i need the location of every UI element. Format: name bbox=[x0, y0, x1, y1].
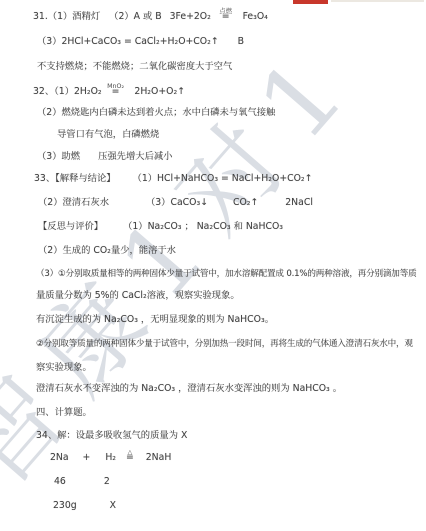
reflection-3-step1b: 量质量分数为 5%的 CaCl₂溶液，观察实验现象。 bbox=[36, 290, 240, 302]
molar-mass-h2: 2 bbox=[104, 476, 110, 488]
answer-33-1-equation: （1）HCl+NaHCO₃ = NaCl+H₂O+CO₂↑ bbox=[133, 173, 313, 185]
answer-31-line3: 不支持燃烧；不能燃烧；二氧化碳密度大于空气 bbox=[37, 61, 232, 73]
equation-34-equals: △ = bbox=[124, 452, 136, 464]
answer-31-2: （2）A 或 B bbox=[109, 11, 161, 23]
answer-32-line3: 导管口有气泡，白磷燃烧 bbox=[57, 129, 159, 141]
answer-32-line1: 32、（1）2H₂O₂ MnO₂ = 2H₂O+O₂↑ bbox=[33, 86, 185, 98]
answer-34-equation: 2Na + H₂ △ = 2NaH bbox=[50, 452, 171, 464]
top-edge-line bbox=[331, 0, 424, 2]
answer-32-3b: 压强先增大后减小 bbox=[98, 151, 172, 163]
equation-31-condition: 点燃 bbox=[219, 8, 232, 15]
answer-32-2b: 导管口有气泡，白磷燃烧 bbox=[57, 129, 159, 141]
reflection-3-conclusion2: 澄清石灰水不变浑浊的为 Na₂CO₃ ，澄清石灰水变浑浊的则为 NaHCO₃ 。 bbox=[36, 383, 342, 395]
answer-31-1: 31.（1）酒精灯 bbox=[33, 11, 100, 23]
reflection-header: 【反思与评价】 bbox=[38, 221, 103, 233]
answer-33-line3: 【反思与评价】 （1）Na₂CO₃ ； Na₂CO₃ 和 NaHCO₃ bbox=[38, 221, 283, 233]
document-page: 智康1对1 31.（1）酒精灯 （2）A 或 B 3Fe+2O₂ 点燃 = Fe… bbox=[0, 0, 426, 531]
answer-34-molar-row: 46 2 bbox=[54, 476, 110, 488]
equation-34-h2: H₂ bbox=[105, 452, 116, 464]
answer-32-line4: （3）助燃 压强先增大后减小 bbox=[37, 151, 172, 163]
answer-33-line6: 量质量分数为 5%的 CaCl₂溶液，观察实验现象。 bbox=[36, 290, 240, 302]
answer-33-line7: 有沉淀生成的为 Na₂CO₃ ，无明显现象的则为 NaHCO₃。 bbox=[36, 314, 274, 326]
equation-31-left: 3Fe+2O₂ bbox=[170, 11, 211, 23]
equation-32-right: 2H₂O+O₂↑ bbox=[134, 86, 185, 98]
answer-31-line2: （3）2HCl+CaCO₃ = CaCl₂+H₂O+CO₂↑ B bbox=[37, 36, 244, 48]
answer-33-line5: （3）①分别取质量相等的两种固体少量于试管中，加水溶解配置成 0.1%的两种溶液… bbox=[36, 268, 416, 280]
answer-33-3-nacl: 2NaCl bbox=[285, 197, 313, 209]
answer-32-3a: （3）助燃 bbox=[37, 151, 80, 163]
answer-33-line9: 察实验现象。 bbox=[36, 362, 92, 374]
section-title-text: 四、计算题。 bbox=[36, 407, 92, 419]
unknown-x: X bbox=[110, 500, 116, 512]
answer-31-explanation: 不支持燃烧；不能燃烧；二氧化碳密度大于空气 bbox=[37, 61, 232, 73]
equation-32-condition: MnO₂ bbox=[107, 83, 124, 90]
answer-33-3-label: （3）CaCO₃↓ bbox=[146, 197, 208, 209]
answer-31-3-equation: （3）2HCl+CaCO₃ = CaCl₂+H₂O+CO₂↑ bbox=[37, 36, 219, 48]
answer-32-1-left: 32、（1）2H₂O₂ bbox=[33, 86, 102, 98]
molar-mass-na: 46 bbox=[54, 476, 66, 488]
equation-34-nah: 2NaH bbox=[146, 452, 172, 464]
answer-31-3-choice: B bbox=[238, 36, 244, 48]
equation-34-na: 2Na bbox=[50, 452, 69, 464]
reflection-3-step2: ②分别取等质量的两种固体少量于试管中，分别加热一段时间，再将生成的气体通入澄清石… bbox=[36, 338, 413, 350]
answer-33-line10: 澄清石灰水不变浑浊的为 Na₂CO₃ ，澄清石灰水变浑浊的则为 NaHCO₃ 。 bbox=[36, 383, 342, 395]
equation-32-equals: MnO₂ = bbox=[110, 86, 122, 98]
reflection-2: （2）生成的 CO₂量少，能溶于水 bbox=[38, 245, 176, 257]
answer-33-line1: 33、【解释与结论】 （1）HCl+NaHCO₃ = NaCl+H₂O+CO₂↑ bbox=[34, 173, 312, 185]
equation-31-right: Fe₃O₄ bbox=[243, 11, 268, 23]
answer-33-2: （2）澄清石灰水 bbox=[38, 197, 109, 209]
answer-33-3-co2: CO₂↑ bbox=[233, 197, 258, 209]
section-4-title: 四、计算题。 bbox=[36, 407, 92, 419]
answer-34-mass-row: 230g X bbox=[53, 500, 116, 512]
answer-34-line1: 34、解：设最多吸收氢气的质量为 X bbox=[36, 430, 187, 442]
reflection-1: （1）Na₂CO₃ ； Na₂CO₃ 和 NaHCO₃ bbox=[123, 221, 283, 233]
answer-32-2: （2）燃烧匙内白磷未达到着火点；水中白磷未与氧气接触 bbox=[37, 107, 275, 119]
answer-31-line1: 31.（1）酒精灯 （2）A 或 B 3Fe+2O₂ 点燃 = Fe₃O₄ bbox=[33, 11, 268, 23]
reflection-3-step2b: 察实验现象。 bbox=[36, 362, 92, 374]
answer-33-header: 33、【解释与结论】 bbox=[34, 173, 116, 185]
reflection-3-step1: （3）①分别取质量相等的两种固体少量于试管中，加水溶解配置成 0.1%的两种溶液… bbox=[36, 268, 416, 280]
answer-32-line2: （2）燃烧匙内白磷未达到着火点；水中白磷未与氧气接触 bbox=[37, 107, 275, 119]
top-red-fragment bbox=[293, 0, 328, 4]
equation-34-plus: + bbox=[83, 452, 91, 464]
given-mass: 230g bbox=[53, 500, 77, 512]
reflection-3-conclusion1: 有沉淀生成的为 Na₂CO₃ ，无明显现象的则为 NaHCO₃。 bbox=[36, 314, 274, 326]
answer-33-line2: （2）澄清石灰水 （3）CaCO₃↓ CO₂↑ 2NaCl bbox=[38, 197, 313, 209]
answer-33-line8: ②分别取等质量的两种固体少量于试管中，分别加热一段时间，再将生成的气体通入澄清石… bbox=[36, 338, 413, 350]
equation-31-equals: 点燃 = bbox=[220, 11, 232, 23]
answer-33-line4: （2）生成的 CO₂量少，能溶于水 bbox=[38, 245, 176, 257]
answer-34-setup: 34、解：设最多吸收氢气的质量为 X bbox=[36, 430, 187, 442]
equation-34-condition: △ bbox=[127, 449, 132, 456]
